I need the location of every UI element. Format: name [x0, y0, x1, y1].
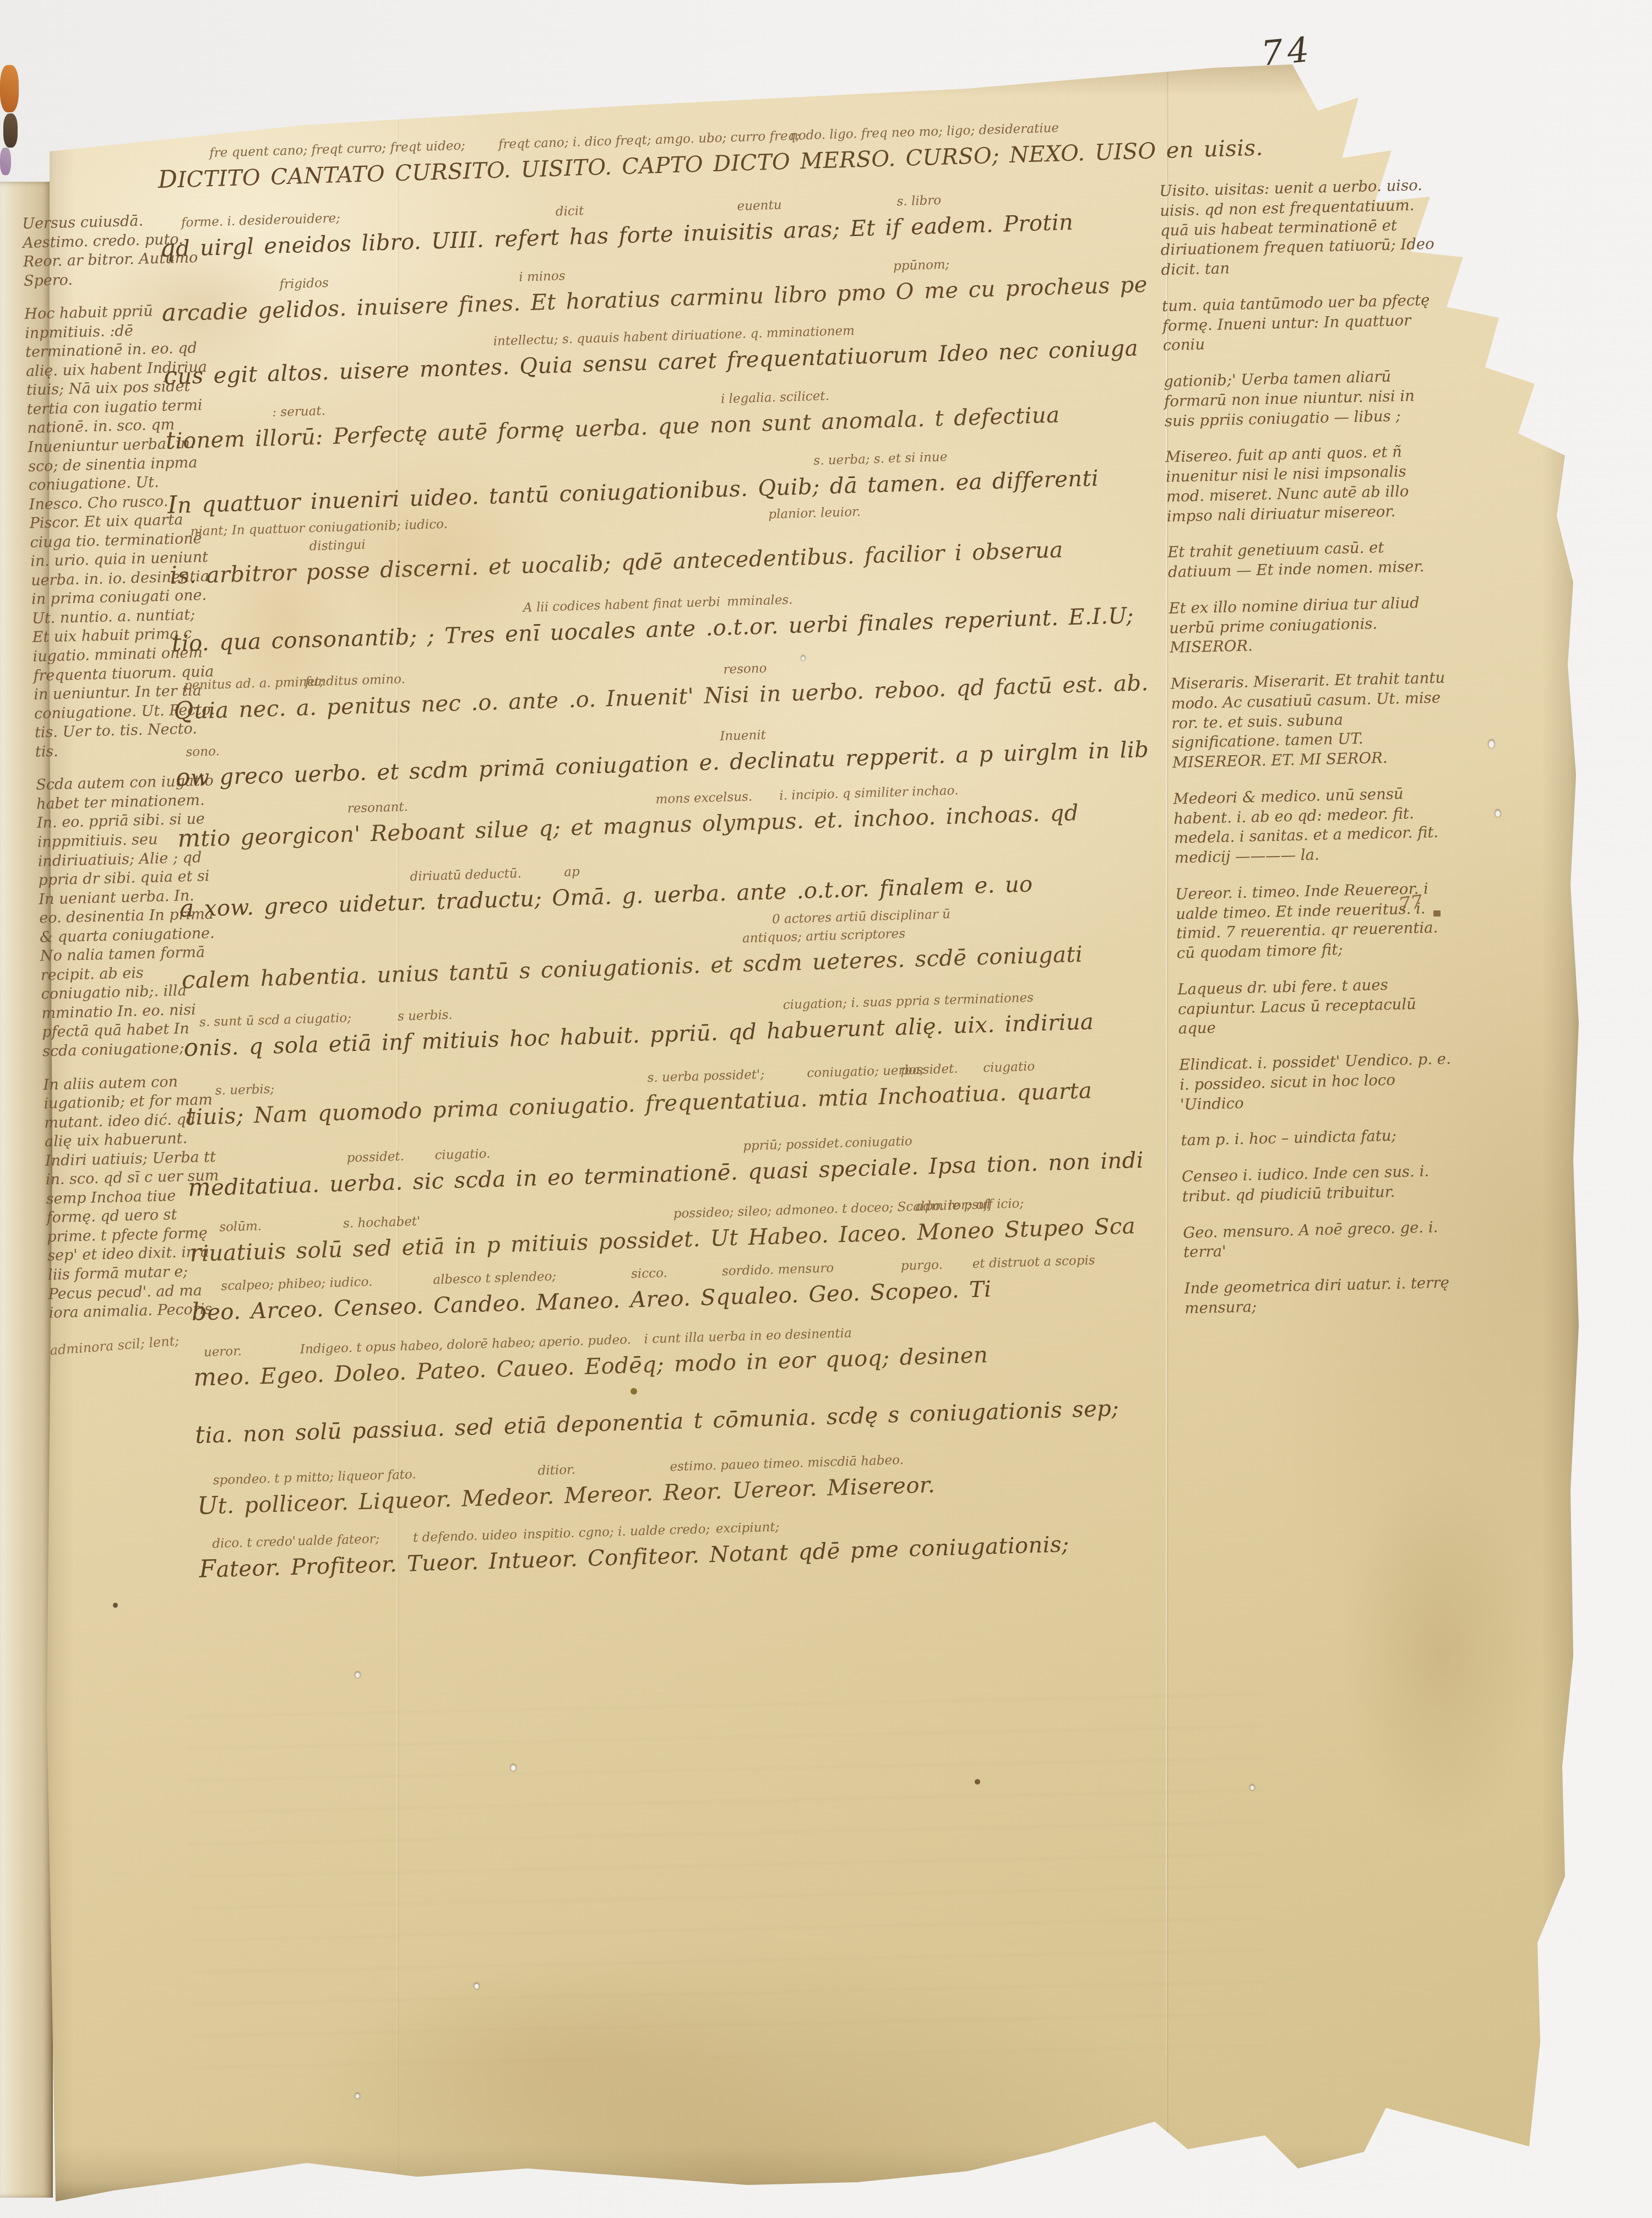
gloss-item: s. uerbis;: [215, 1082, 274, 1098]
text-row: : seruat.i legalia. scilicet.tionem illo…: [165, 377, 1212, 457]
gloss-item: s. uerba possidet';: [647, 1067, 764, 1085]
gloss-item: ciugation; i. suas ppria s terminationes: [782, 990, 1034, 1012]
gloss-item: s uerbis.: [398, 1008, 453, 1024]
gloss-item: s. sunt ū scd a ciugatio;: [199, 1011, 352, 1029]
gloss-item: ap: [564, 865, 580, 880]
gloss-item: тminales.: [727, 593, 793, 609]
gloss-item: ppūnom;: [893, 257, 950, 273]
gloss-item: ualde fateor;: [297, 1532, 380, 1548]
gloss-item: sicco.: [631, 1266, 667, 1281]
gloss-item: Inuenit: [720, 728, 766, 744]
text-row: tia. non solū passiua. sed etiā deponent…: [195, 1390, 1242, 1452]
gloss-item: resonant.: [347, 800, 408, 816]
binding-thread: [0, 148, 11, 175]
main-line: tia. non solū passiua. sed etiā deponent…: [195, 1390, 1242, 1452]
gloss-item: i legalia. scilicet.: [721, 389, 830, 406]
parchment-hole: [474, 1983, 479, 1989]
gloss-item: niant; In quattuor coniugationib; iudico…: [190, 517, 448, 539]
text-row: s. uerbis;s. uerba possidet';coniugatio;…: [184, 1054, 1232, 1134]
gloss-item: i cunt illa uerba in eo desinentia: [644, 1326, 852, 1347]
gloss-item: estimo. paueo timeo. miscdiā habeo.: [670, 1453, 904, 1474]
gloss-item: A lii codices habent finat uerbi: [523, 595, 720, 615]
page-edge-bottom: [30, 2145, 1594, 2209]
text-row: possidet.ciugatio.ppriū; possidet.coniug…: [187, 1125, 1234, 1205]
gloss-item: t defendo. uideo: [413, 1528, 518, 1545]
parchment-hole: [355, 2093, 360, 2098]
stain: [1341, 1462, 1539, 1848]
gloss-item: ueror.: [204, 1344, 242, 1359]
gloss-item: dico. t credo': [212, 1534, 296, 1551]
gloss-item: spondeo. t p mitto; liqueor fato.: [213, 1467, 416, 1488]
gloss-item: scalpeo; phibeo; iudico.: [221, 1275, 373, 1293]
text-row: A lii codices habent finat uerbiтminales…: [171, 580, 1218, 660]
manuscript-photo: { "page": { "folio_number": "74", "margi…: [0, 0, 1652, 2218]
ink-speck: [975, 1779, 980, 1785]
gloss-item: : seruat.: [272, 404, 325, 420]
gloss-item: off icio;: [976, 1196, 1024, 1212]
gloss-item: s. libro: [896, 193, 941, 209]
gloss-item: dicit: [555, 204, 584, 219]
gloss-item: planior. leuior.: [768, 505, 861, 522]
gloss-item: ppriū; possidet.: [743, 1136, 844, 1153]
gloss-item: ciugatio.: [434, 1147, 491, 1163]
gloss-item: 0 actores artiū disciplinar ū: [772, 907, 951, 927]
gloss-item: distingui: [309, 538, 366, 554]
ink-speck: [113, 1603, 118, 1608]
main-text-block: fre quent cano; freqt curro; freqt uideo…: [157, 117, 1246, 1586]
text-row: forme. i. desiderouidere;diciteuentus. l…: [159, 186, 1207, 265]
gloss-item: admiror;: [915, 1198, 971, 1214]
gloss-item: sono.: [186, 744, 220, 760]
gloss-item: possidet.: [900, 1062, 958, 1078]
parchment-hole: [1250, 1785, 1254, 1790]
parchment-hole: [1495, 810, 1501, 817]
gloss-item: purgo.: [900, 1258, 943, 1273]
binding-thread: [0, 65, 19, 112]
folio-number: 74: [1259, 24, 1373, 73]
text-row: s. sunt ū scd a ciugatio;s uerbis.ciugat…: [183, 985, 1230, 1065]
gloss-item: s. hochabet': [343, 1214, 421, 1231]
gloss-item: penitus ad. a. pтinet;: [184, 674, 324, 693]
text-row: penitus ad. a. pтinet;funditus omino.res…: [173, 648, 1220, 728]
gloss-item: diriuatū deductū.: [410, 866, 521, 884]
gloss-item: resono: [723, 661, 767, 677]
gloss-item: et distruot a scopis: [972, 1253, 1095, 1271]
gloss-item: i. incipio. q similiter inchao.: [779, 783, 959, 803]
parchment-hole: [1488, 740, 1495, 748]
gloss-item: euentu: [737, 198, 782, 213]
parchment-hole: [355, 1672, 360, 1678]
gloss-item: possidet.: [346, 1149, 404, 1165]
binding-thread: [3, 113, 18, 148]
gloss-item: i minos: [519, 269, 566, 284]
gloss-item: solūm.: [219, 1219, 262, 1234]
gloss-item: ditior.: [537, 1463, 575, 1478]
gloss-item: excipiunt;: [715, 1520, 779, 1536]
gloss-item: sordido. mensuro: [722, 1261, 834, 1278]
verso-show-through: [187, 1694, 1268, 2069]
gloss-item: forme. i. desiderouidere;: [181, 211, 341, 230]
gloss-item: mons excelsus.: [655, 789, 752, 806]
gloss-item: frigidos: [279, 276, 329, 292]
text-row: ueror.Indigeo. t opus habeo, dolorē habe…: [193, 1315, 1240, 1395]
gloss-item: coniugatio: [845, 1134, 912, 1151]
parchment-hole: [510, 1764, 516, 1771]
gloss-item: inspitio. cgno; i. ualde credo;: [523, 1522, 710, 1542]
page-edge-right: [1542, 58, 1594, 2209]
gloss-item: ciugatio: [983, 1059, 1035, 1075]
gloss-item: s. uerba; s. et si inue: [813, 450, 948, 468]
gloss-item: funditus omino.: [305, 672, 406, 689]
gloss-item: albesco t splendeo;: [433, 1269, 557, 1287]
